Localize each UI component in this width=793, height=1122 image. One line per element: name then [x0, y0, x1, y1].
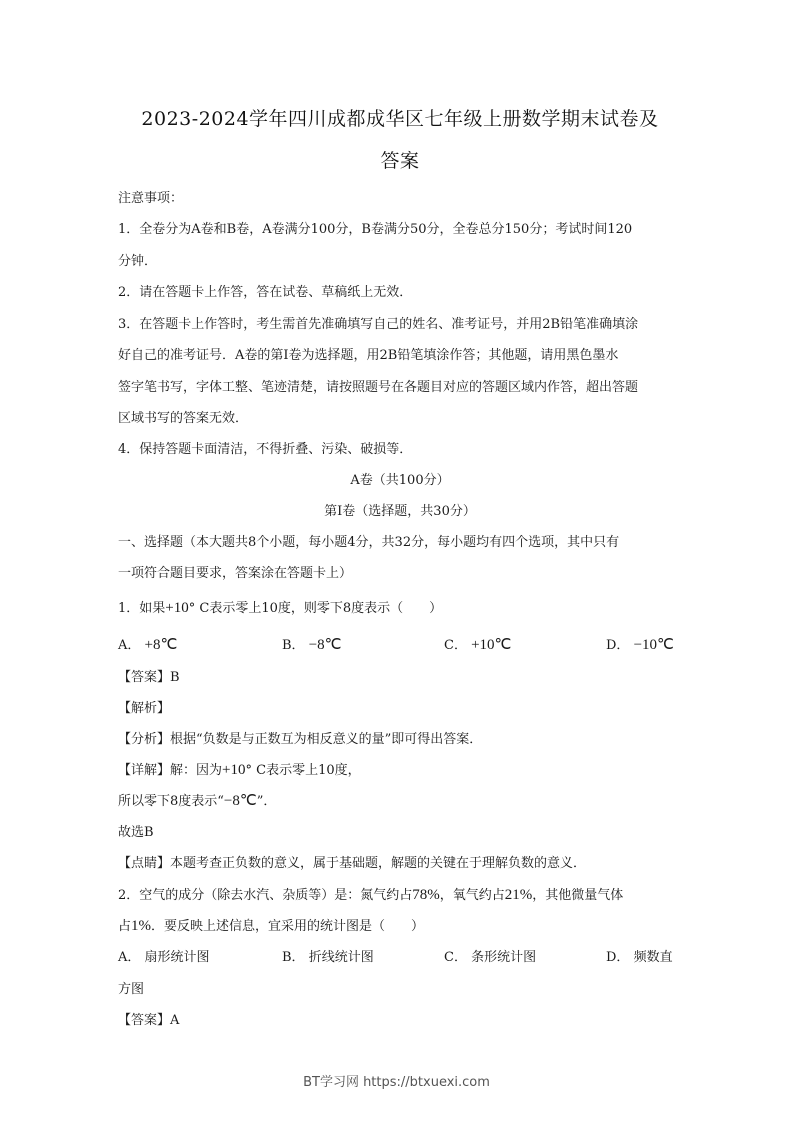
notice-heading: 注意事项： — [118, 187, 678, 206]
notice-line: 好自己的准考证号．A卷的第Ⅰ卷为选择题，用2B铅笔填涂作答；其他题，请用黑色墨水 — [118, 344, 678, 363]
math-expression: 78% — [412, 887, 440, 903]
section-intro: 一、选择题（本大题共8个小题，每小题4分，共32分，每小题均有四个选项，其中只有 — [118, 531, 678, 550]
question-2-answer: 【答案】A — [118, 1009, 678, 1028]
question-1-detail: 【详解】解：因为+10° C表示零上10度， — [118, 759, 678, 779]
question-2-option-b: B． 折线统计图 — [282, 946, 374, 965]
question-2-stem-line2: 占1%．要反映上述信息，宜采用的统计图是（ ） — [118, 915, 678, 935]
question-1-detail-line2: 所以零下8度表示“−8℃”． — [118, 790, 678, 810]
notice-line: 区域书写的答案无效． — [118, 407, 678, 426]
site-watermark: BT学习网 https://btxuexi.com — [0, 1071, 793, 1090]
exam-page: 2023-2024学年四川成都成华区七年级上册数学期末试卷及 答案 注意事项： … — [0, 0, 793, 1122]
part-1-heading: 第Ⅰ卷（选择题，共30分） — [100, 500, 700, 519]
notice-line: 分钟． — [118, 250, 678, 269]
section-intro: 一项符合题目要求，答案涂在答题卡上） — [118, 562, 678, 581]
question-2-option-d-wrap: 方图 — [118, 978, 678, 997]
document-title-continued: 答案 — [100, 146, 700, 173]
notice-line: 2．请在答题卡上作答，答在试卷、草稿纸上无效． — [118, 281, 678, 300]
math-expression: −8℃ — [224, 793, 257, 809]
question-1-option-d: D． −10℃ — [606, 634, 674, 654]
section-a-heading: A卷（共100分） — [100, 469, 700, 488]
math-expression: 1% — [131, 918, 151, 934]
question-1-option-b: B． −8℃ — [282, 634, 342, 654]
question-1-comment: 【点睛】本题考查正负数的意义，属于基础题，解题的关键在于理解负数的意义． — [118, 852, 678, 871]
notice-line: 1．全卷分为A卷和B卷，A卷满分100分，B卷满分50分，全卷总分150分；考试… — [118, 218, 678, 237]
question-2-option-a: A． 扇形统计图 — [118, 946, 210, 965]
math-expression: +10 — [222, 762, 245, 778]
question-1-analysis: 【分析】根据“负数是与正数互为相反意义的量”即可得出答案． — [118, 728, 678, 747]
question-1-conclusion: 故选B — [118, 821, 678, 840]
question-1-stem: 1．如果+10° C表示零上10度，则零下8度表示（ ） — [118, 597, 678, 617]
question-1-option-c: C． +10℃ — [444, 634, 511, 654]
question-1-answer: 【答案】B — [118, 666, 678, 685]
question-2-option-c: C． 条形统计图 — [444, 946, 536, 965]
document-title: 2023-2024学年四川成都成华区七年级上册数学期末试卷及 — [100, 104, 700, 131]
math-expression: 21% — [505, 887, 533, 903]
question-2-option-d: D． 频数直 — [606, 946, 673, 965]
question-1-option-a: A． +8℃ — [118, 634, 177, 654]
notice-line: 签字笔书写，字体工整、笔迹清楚，请按照题号在各题目对应的答题区域内作答，超出答题 — [118, 376, 678, 395]
question-1-analysis-heading: 【解析】 — [118, 697, 678, 716]
question-2-stem: 2．空气的成分（除去水汽、杂质等）是：氮气约占78%，氧气约占21%，其他微量气… — [118, 884, 678, 904]
notice-line: 4．保持答题卡面清洁，不得折叠、污染、破损等． — [118, 438, 678, 457]
math-expression: +10 — [165, 600, 188, 616]
notice-line: 3．在答题卡上作答时，考生需首先准确填写自己的姓名、准考证号，并用2B铅笔准确填… — [118, 313, 678, 332]
